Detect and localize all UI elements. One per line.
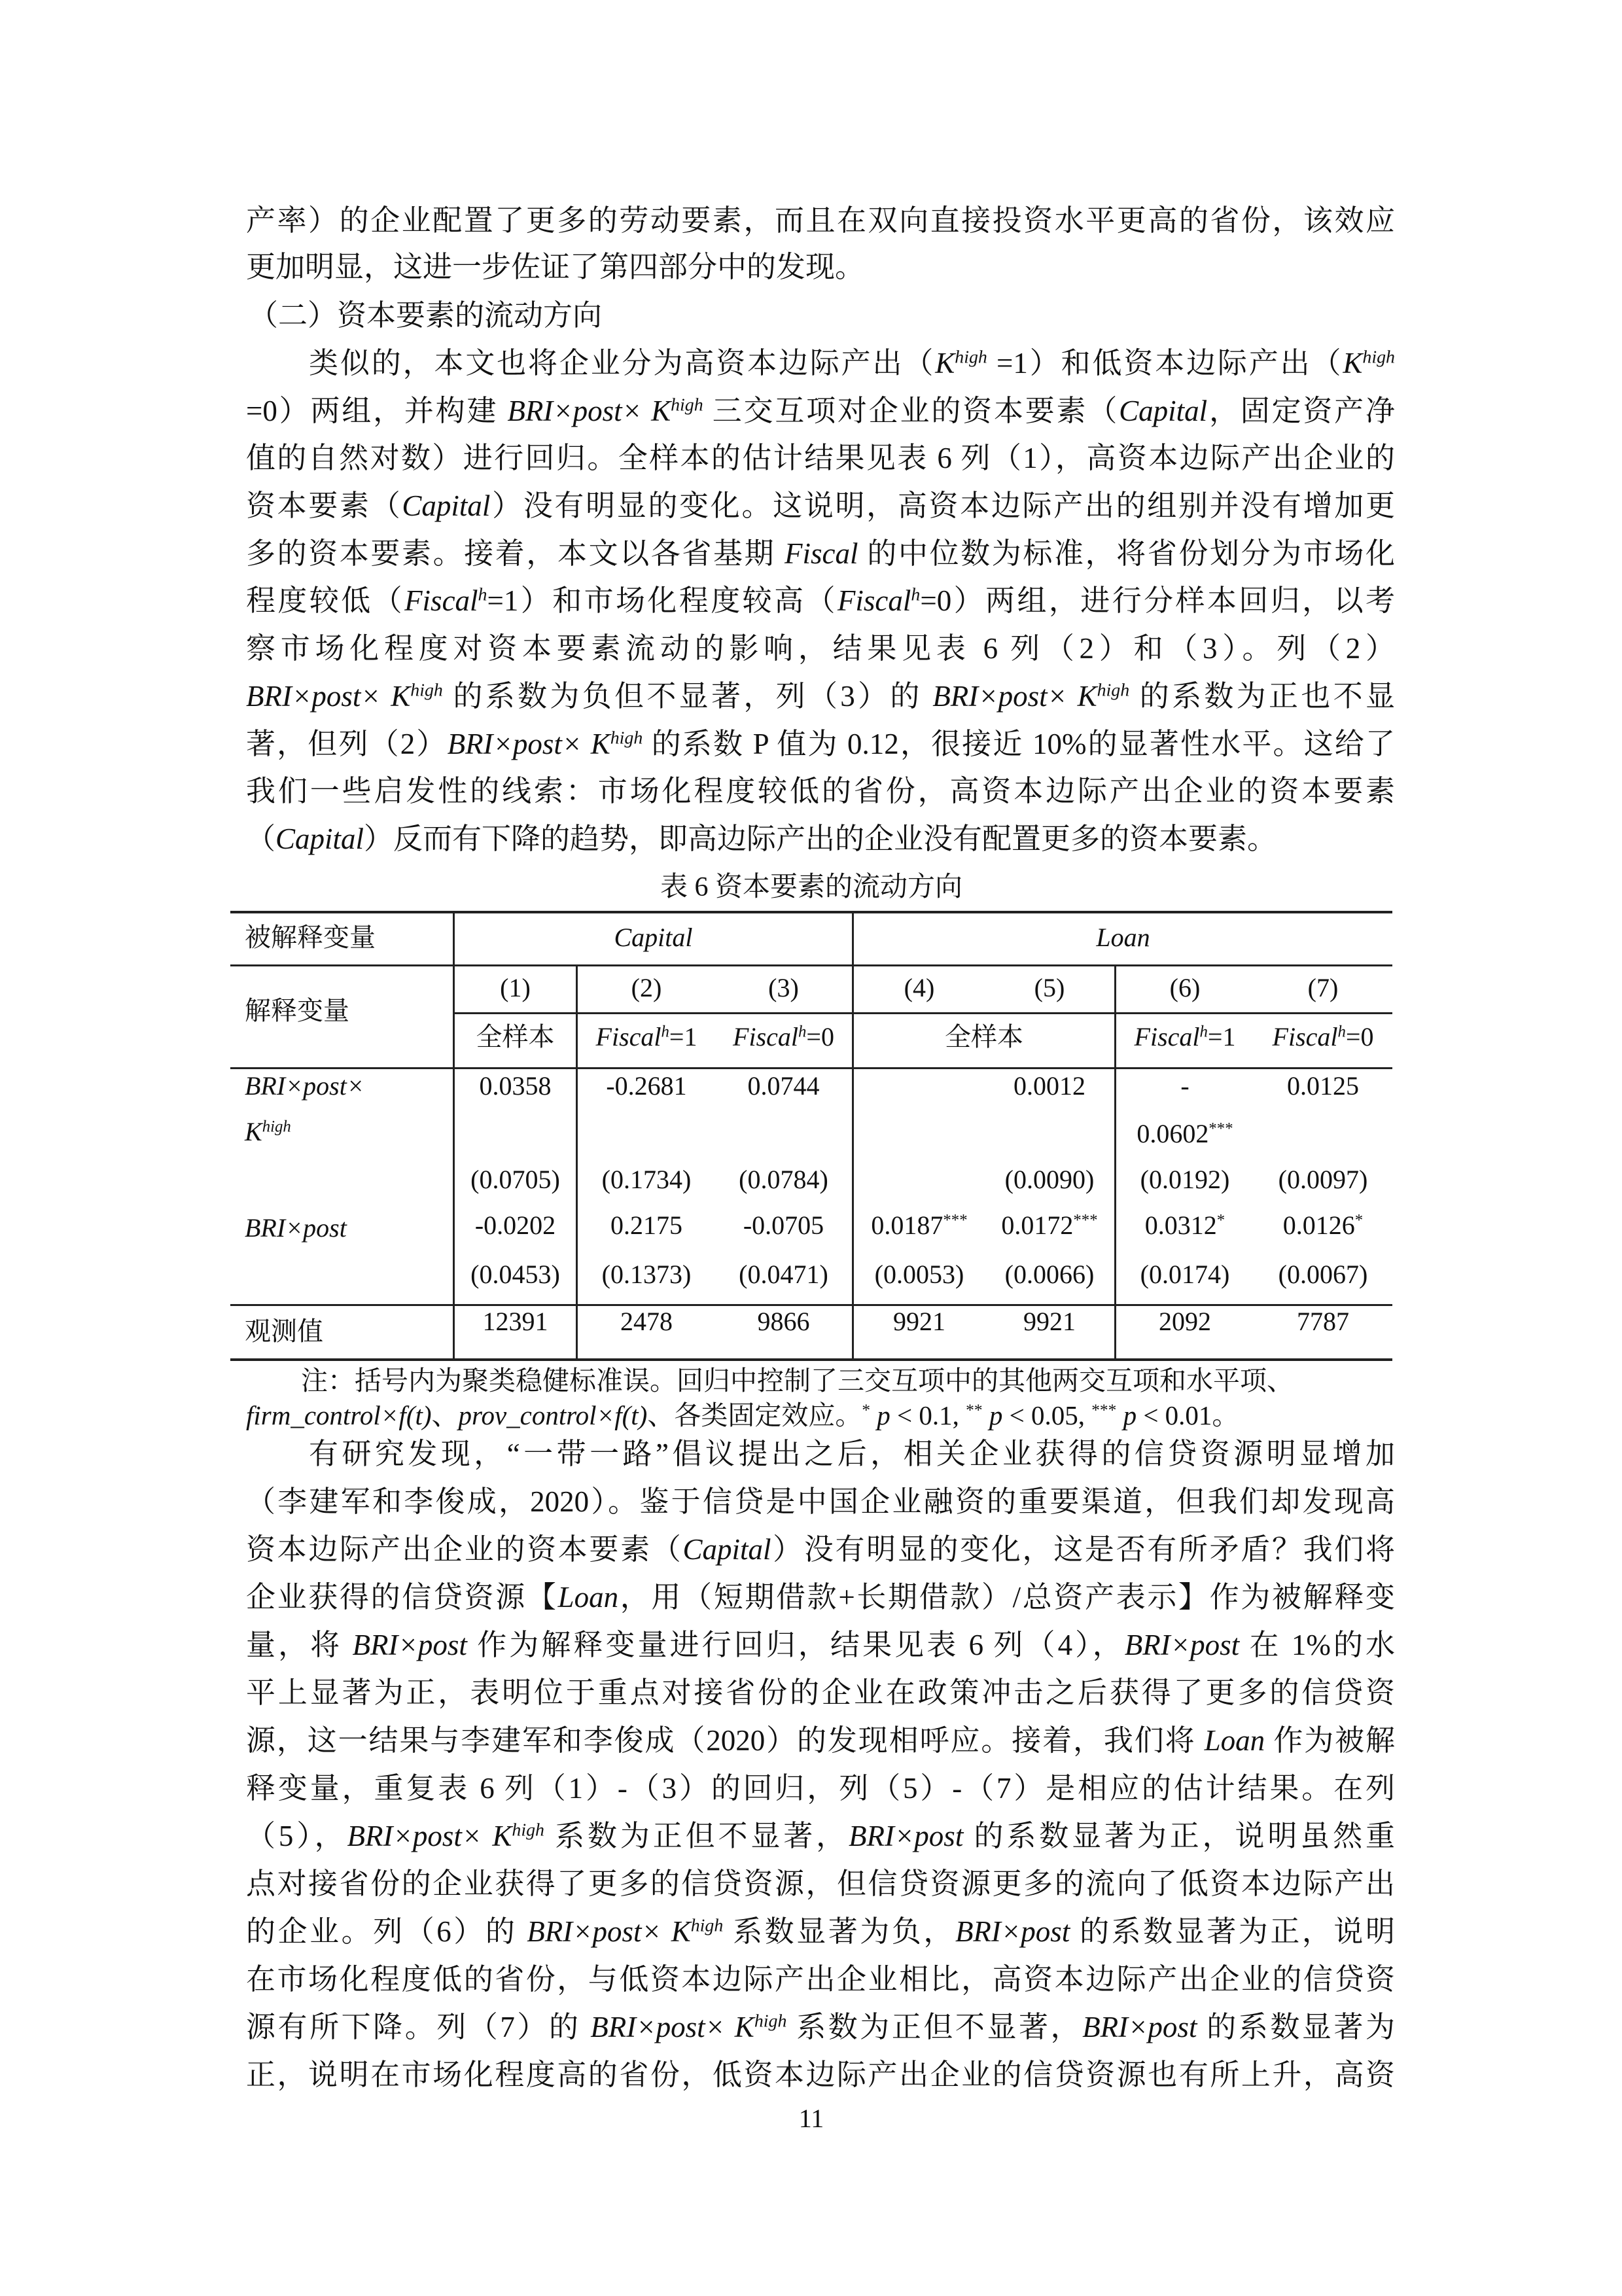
sample-value: =1 <box>1208 1022 1236 1051</box>
coefficient-cell: - <box>1116 1070 1254 1103</box>
std-error-cell: (0.0453) <box>455 1258 576 1291</box>
observations-cell: 9866 <box>715 1305 852 1338</box>
text-line: 点对接省份的企业获得了更多的信贷资源，但信贷资源更多的流向了低资本边际产出 <box>246 1864 1395 1903</box>
group-label-capital: Capital <box>455 921 852 954</box>
coefficient-cell: 0.0126* <box>1254 1209 1392 1242</box>
row-label: BRI×post <box>245 1212 347 1245</box>
coefficient-cell: 0.0744 <box>715 1070 852 1103</box>
std-error-cell: (0.0471) <box>715 1258 852 1291</box>
column-number: (4) <box>854 972 985 1004</box>
text-line: 著，但列（2）BRI×post× Khigh 的系数 P 值为 0.12，很接近… <box>246 724 1395 764</box>
text-line: 多的资本要素。接着，本文以各省基期 Fiscal 的中位数为标准，将省份划分为市… <box>246 534 1395 573</box>
text-line: （Capital）反而有下降的趋势，即高边际产出的企业没有配置更多的资本要素。 <box>246 819 1395 858</box>
std-error-cell: (0.0053) <box>854 1258 985 1291</box>
table-header-rule <box>230 964 1392 966</box>
text-line: 程度较低（Fiscalh=1）和市场化程度较高（Fiscalh=0）两组，进行分… <box>246 581 1395 620</box>
text-line: 在市场化程度低的省份，与低资本边际产出企业相比，高资本边际产出企业的信贷资 <box>246 1960 1395 1999</box>
sample-value: =1 <box>669 1022 697 1051</box>
std-error-cell: (0.1373) <box>578 1258 715 1291</box>
dep-var-label: 被解释变量 <box>245 921 376 954</box>
std-error-cell: (0.0174) <box>1116 1258 1254 1291</box>
text-line: 平上显著为正，表明位于重点对接省份的企业在政策冲击之后获得了更多的信贷资 <box>246 1673 1395 1712</box>
column-number: (3) <box>715 972 852 1004</box>
row-label-text: BRI×post× <box>245 1071 364 1101</box>
sample-value: =0 <box>1346 1022 1374 1051</box>
sample-label: 全样本 <box>455 1021 576 1053</box>
sample-sup: h <box>798 1023 806 1040</box>
sample-label: Fiscalh=1 <box>578 1021 715 1053</box>
text-line: 察市场化程度对资本要素流动的影响，结果见表 6 列（2）和（3）。列（2） <box>246 629 1395 668</box>
row-label-text: K <box>245 1117 262 1146</box>
std-error-cell: (0.0192) <box>1116 1163 1254 1196</box>
std-error-cell: (0.0705) <box>455 1163 576 1196</box>
coefficient-cell: 0.0358 <box>455 1070 576 1103</box>
std-error-cell: (0.1734) <box>578 1163 715 1196</box>
sample-var: Fiscal <box>733 1022 798 1051</box>
std-error-cell: (0.0066) <box>985 1258 1114 1291</box>
coefficient-cell: -0.0202 <box>455 1209 576 1242</box>
regression-table: 被解释变量 Capital Loan (1) (2) (3) (4) (5) (… <box>230 911 1392 1360</box>
coefficient-cell: -0.2681 <box>578 1070 715 1103</box>
group-label-loan: Loan <box>854 921 1392 954</box>
row-label: Khigh <box>245 1116 291 1148</box>
observations-cell: 7787 <box>1254 1305 1392 1338</box>
sample-sup: h <box>1338 1023 1346 1040</box>
sample-label: Fiscalh=1 <box>1116 1021 1254 1053</box>
section-heading: （二）资本要素的流动方向 <box>249 296 1398 335</box>
std-error-cell: (0.0090) <box>985 1163 1114 1196</box>
text-line: 企业获得的信贷资源【Loan，用（短期借款+长期借款）/总资产表示】作为被解释变 <box>246 1578 1395 1617</box>
text-line: 我们一些启发性的线索：市场化程度较低的省份，高资本边际产出企业的资本要素 <box>246 771 1395 811</box>
table-body-rule <box>230 1067 1392 1069</box>
coefficient-cell: 0.0172*** <box>985 1209 1114 1242</box>
observations-cell: 9921 <box>985 1305 1114 1338</box>
text-line: 值的自然对数）进行回归。全样本的估计结果见表 6 列（1），高资本边际产出企业的 <box>246 438 1395 478</box>
row-label: BRI×post× <box>245 1070 364 1103</box>
table-note-line: 注：括号内为聚类稳健标准误。回归中控制了三交互项中的其他两交互项和水平项、 <box>301 1364 1294 1397</box>
column-number: (1) <box>455 972 576 1004</box>
sample-var: Fiscal <box>596 1022 661 1051</box>
table-subheader-rule <box>453 1012 1392 1014</box>
text-line: 源，这一结果与李建军和李俊成（2020）的发现相呼应。接着，我们将 Loan 作… <box>246 1721 1395 1760</box>
coefficient-cell: 0.0012 <box>985 1070 1114 1103</box>
text-line: 有研究发现，“一带一路”倡议提出之后，相关企业获得的信贷资源明显增加 <box>309 1434 1395 1474</box>
coefficient-cell: 0.0312* <box>1116 1209 1254 1242</box>
text-line: 更加明显，这进一步佐证了第四部分中的发现。 <box>246 247 1395 287</box>
group-label-text: Loan <box>1096 923 1150 952</box>
text-line: 的企业。列（6）的 BRI×post× Khigh 系数显著为负，BRI×pos… <box>246 1912 1395 1951</box>
text-line: 资本边际产出企业的资本要素（Capital）没有明显的变化，这是否有所矛盾？我们… <box>246 1530 1395 1569</box>
row-label-sup: high <box>262 1118 291 1135</box>
text-line: 类似的，本文也将企业分为高资本边际产出（Khigh =1）和低资本边际产出（Kh… <box>309 344 1395 383</box>
text-line: BRI×post× Khigh 的系数为负但不显著，列（3）的 BRI×post… <box>246 677 1395 716</box>
coefficient-cell: 0.0187*** <box>854 1209 985 1242</box>
observations-label: 观测值 <box>245 1315 323 1348</box>
text-line: 量，将 BRI×post 作为解释变量进行回归，结果见表 6 列（4），BRI×… <box>246 1625 1395 1665</box>
text-line: 释变量，重复表 6 列（1）-（3）的回归，列（5）-（7）是相应的估计结果。在… <box>246 1769 1395 1808</box>
sample-label: Fiscalh=0 <box>1254 1021 1392 1053</box>
column-number: (2) <box>578 972 715 1004</box>
std-error-cell: (0.0784) <box>715 1163 852 1196</box>
text-line: 资本要素（Capital）没有明显的变化。这说明，高资本边际产出的组别并没有增加… <box>246 486 1395 525</box>
std-error-cell: (0.0097) <box>1254 1163 1392 1196</box>
sample-var: Fiscal <box>1135 1022 1200 1051</box>
sample-value: =0 <box>806 1022 834 1051</box>
table-note-line: firm_control×f(t)、prov_control×f(t)、各类固定… <box>246 1399 1239 1432</box>
coefficient-cell: 0.0602*** <box>1116 1118 1254 1150</box>
row-label-text: BRI×post <box>245 1213 347 1243</box>
column-number: (6) <box>1116 972 1254 1004</box>
table-top-rule <box>230 911 1392 913</box>
table-caption: 表 6 资本要素的流动方向 <box>230 869 1392 906</box>
column-number: (5) <box>985 972 1114 1004</box>
table-bottom-rule <box>230 1358 1392 1361</box>
text-line: 源有所下降。列（7）的 BRI×post× Khigh 系数为正但不显著，BRI… <box>246 2007 1395 2047</box>
expl-var-label: 解释变量 <box>245 995 349 1027</box>
sample-sup: h <box>661 1023 669 1040</box>
sample-label: Fiscalh=0 <box>715 1021 852 1053</box>
text-line: 产率）的企业配置了更多的劳动要素，而且在双向直接投资水平更高的省份，该效应 <box>246 201 1395 240</box>
observations-cell: 9921 <box>854 1305 985 1338</box>
coefficient-cell: 0.2175 <box>578 1209 715 1242</box>
coefficient-cell: -0.0705 <box>715 1209 852 1242</box>
group-label-text: Capital <box>614 923 692 952</box>
sample-label: 全样本 <box>854 1021 1114 1053</box>
text-line: 正，说明在市场化程度高的省份，低资本边际产出企业的信贷资源也有所上升，高资 <box>246 2055 1395 2094</box>
observations-cell: 2478 <box>578 1305 715 1338</box>
coefficient-cell: 0.0125 <box>1254 1070 1392 1103</box>
text-line: （5），BRI×post× Khigh 系数为正但不显著，BRI×post 的系… <box>246 1816 1395 1856</box>
sample-sup: h <box>1200 1023 1208 1040</box>
observations-cell: 12391 <box>455 1305 576 1338</box>
column-number: (7) <box>1254 972 1392 1004</box>
observations-cell: 2092 <box>1116 1305 1254 1338</box>
std-error-cell: (0.0067) <box>1254 1258 1392 1291</box>
sample-var: Fiscal <box>1273 1022 1338 1051</box>
text-line: =0）两组，并构建 BRI×post× Khigh 三交互项对企业的资本要素（C… <box>246 391 1395 431</box>
page-number: 11 <box>746 2104 877 2133</box>
text-line: （李建军和李俊成，2020）。鉴于信贷是中国企业融资的重要渠道，但我们却发现高 <box>246 1482 1395 1521</box>
